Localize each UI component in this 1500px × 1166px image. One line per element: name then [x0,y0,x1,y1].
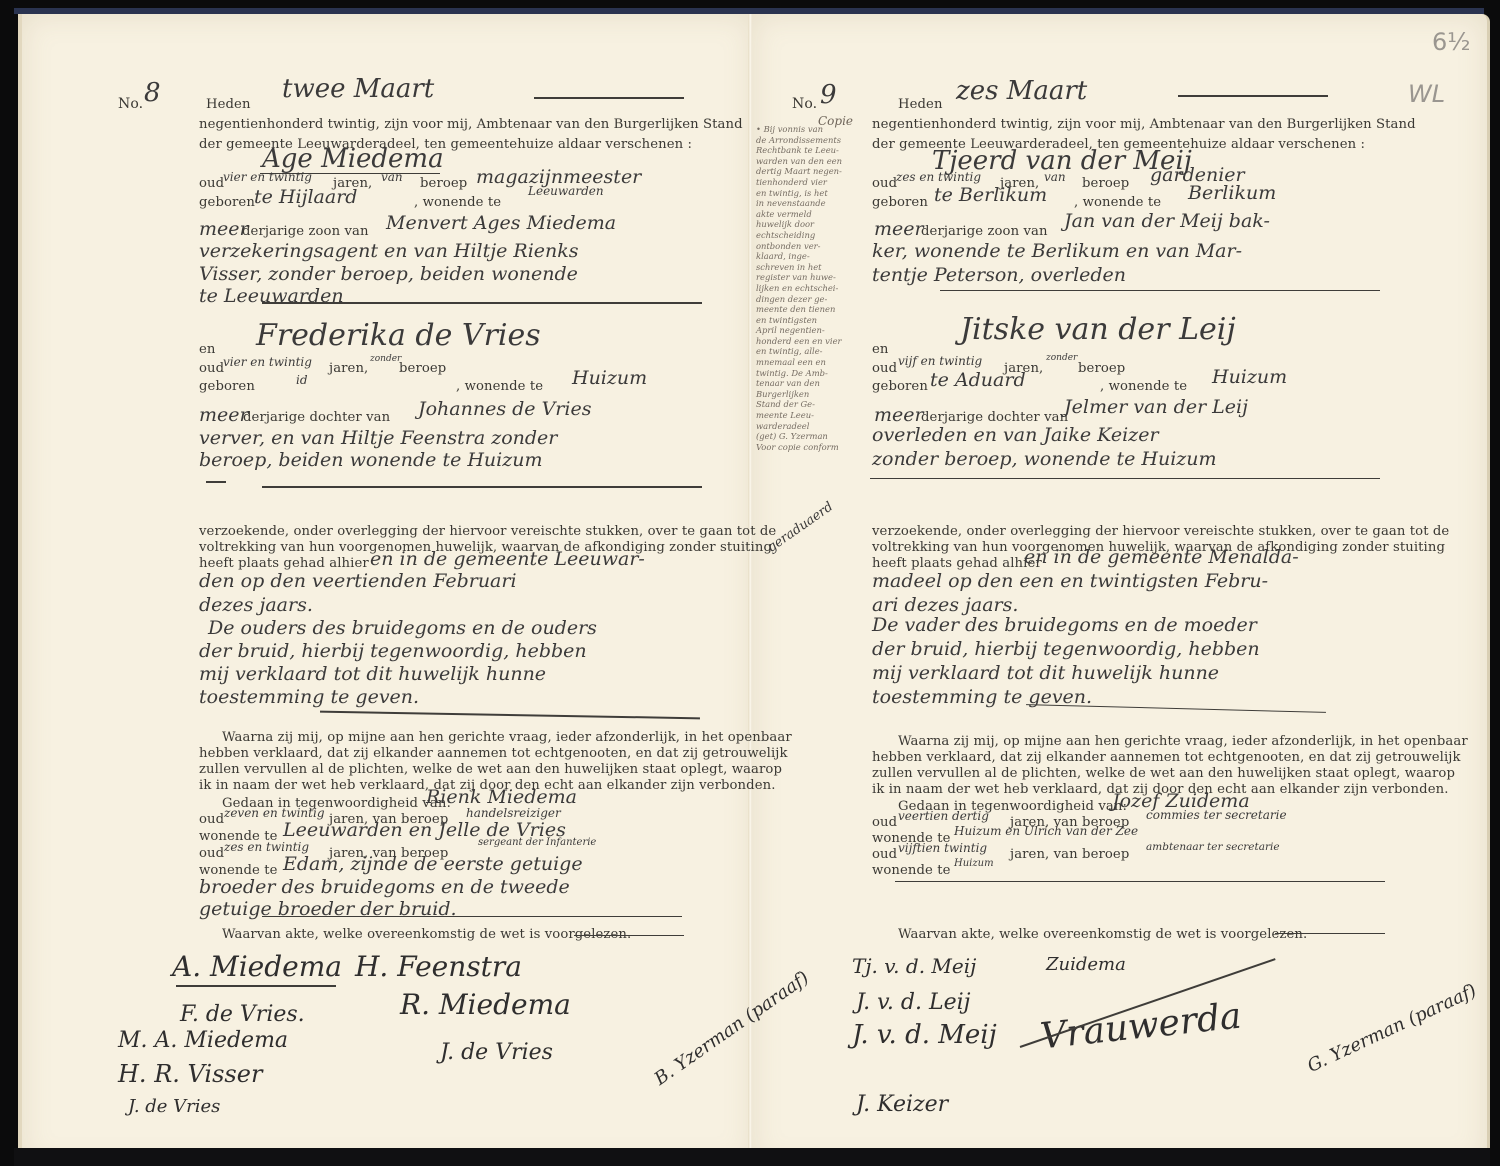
meer-hand: meer [874,404,924,426]
intro-line-1: negentienhonderd twintig, zijn voor mij,… [872,117,1416,132]
oud-label: oud [872,176,897,191]
signature: R. Miedema [400,988,571,1021]
margin-note-line: ontbonden ver- [756,241,878,252]
record-number: 9 [820,80,837,110]
witness2-occupation: ambtenaar ter secretarie [1146,841,1280,853]
request-line-3: heeft plaats gehad alhier [199,556,369,571]
daughter-of-label: derjarige dochter van [243,410,390,425]
groom-parents-1: Jan van der Meij bak- [1064,210,1270,232]
proclamation-5: der bruid, hierbij tegenwoordig, hebben [872,638,1260,660]
request-line-3: heeft plaats gehad alhier [872,556,1042,571]
intro-line-1: negentienhonderd twintig, zijn voor mij,… [199,117,743,132]
fill-line [1275,933,1385,934]
wonende-label: , wonende te [1100,379,1187,394]
jaren-label: jaren, [329,361,368,376]
margin-note-line: Rechtbank te Leeu- [756,145,878,156]
zonder-hand: zonder [370,354,401,364]
en-label: en [199,342,216,357]
fill-line [574,935,684,936]
margin-note-line: huwelijk door [756,219,878,230]
section-rule [940,290,1380,291]
groom-parents-2: verzekeringsagent en van Hiltje Rienks [199,240,579,262]
proclamation-5: der bruid, hierbij tegenwoordig, hebben [199,640,587,662]
signature: J. de Vries [440,1040,553,1065]
groom-age: vier en twintig [223,170,312,184]
fill-line [1178,95,1328,97]
heden-label: Heden [898,97,943,112]
proclamation-4: De ouders des bruidegoms en de ouders [208,617,597,639]
section-rule [870,478,1380,479]
witness1-occupation: handelsreiziger [466,806,561,820]
witness-note-1: broeder des bruidegoms en de tweede [199,876,570,898]
witness2-residence: Edam, zijnde de eerste getuige [283,853,583,875]
oud-label: oud [199,846,224,861]
groom-parents-1: Menvert Ages Miedema [386,212,616,234]
heden-label: Heden [206,97,251,112]
geboren-label: geboren [199,379,255,394]
bride-age: vier en twintig [223,355,312,369]
margin-note-line: lijken en echtschei- [756,283,878,294]
margin-note-line: Voor copie conform [756,442,878,453]
oud-label: oud [199,361,224,376]
bride-parents-3: zonder beroep, wonende te Huizum [872,448,1217,470]
margin-note-line: mnemaal een en [756,357,878,368]
meer-hand: meer [199,404,249,426]
margin-note-line: schreven in het [756,262,878,273]
son-of-label: derjarige zoon van [242,224,369,239]
beroep-label: beroep [420,176,467,191]
signature: J. v. d. Meij [852,1020,997,1050]
groom-birthplace: te Hijlaard [254,186,357,208]
geboren-label: geboren [199,195,255,210]
proclamation-3: ari dezes jaars. [872,594,1018,616]
witness2-residence: Huizum [954,858,994,869]
margin-note-line: tienhonderd vier [756,177,878,188]
margin-note-line: dingen dezer ge- [756,294,878,305]
margin-note-line: en twintig, alle- [756,346,878,357]
record-number-label: No. [792,96,817,112]
margin-note-line: • Bij vonnis van [756,124,878,135]
margin-note-line: in nevenstaande [756,198,878,209]
witness1-name: Rienk Miedema [426,786,577,808]
daughter-of-label: derjarige dochter van [921,410,1068,425]
witness2-occupation: sergeant der Infanterie [478,837,596,848]
witness1-occupation: commies ter secretarie [1146,808,1287,822]
request-line-1: verzoekende, onder overlegging der hierv… [199,524,776,539]
signature: A. Miedema [172,950,342,983]
beroep-label: beroep [399,361,446,376]
groom-parents-3: tentje Peterson, overleden [872,264,1126,286]
bride-parents-3: beroep, beiden wonende te Huizum [199,449,543,471]
bride-parents-2: verver, en van Hiltje Feenstra zonder [199,427,557,449]
margin-note-line: de Arrondissements [756,135,878,146]
record-number: 8 [144,78,161,108]
record-number-label: No. [118,96,143,112]
dash [206,481,226,483]
margin-note-line: register van huwe- [756,272,878,283]
oud-label: oud [199,812,224,827]
groom-parents-2: ker, wonende te Berlikum en van Mar- [872,240,1242,262]
signature: J. Keizer [856,1092,948,1117]
witness1-age: veertien dertig [898,809,989,823]
margin-note-line: en twintig, is het [756,188,878,199]
wonende-label: , wonende te [456,379,543,394]
margin-note-line: warderadeel [756,421,878,432]
proclamation-6: mij verklaard tot dit huwelijk hunne [199,663,546,685]
witness2-age: vijftien twintig [898,841,987,855]
groom-residence: Berlikum [1188,182,1276,204]
pencil-initials: WL [1408,80,1445,108]
geboren-label: geboren [872,195,928,210]
vows-line-1: Waarna zij mij, op mijne aan hen gericht… [222,730,792,745]
margin-note-line: meente Leeu- [756,410,878,421]
wonende-label: , wonende te [1074,195,1161,210]
closing-text: Waarvan akte, welke overeenkomstig de we… [898,927,1307,942]
section-rule [262,486,702,488]
son-of-label: derjarige zoon van [921,224,1048,239]
proclamation-6: mij verklaard tot dit huwelijk hunne [872,662,1219,684]
van-hand: van [381,170,403,184]
margin-annotation-divorce: • Bij vonnis van de Arrondissements Rech… [756,124,878,452]
margin-note-line: tenaar van den [756,378,878,389]
proclamation-4: De vader des bruidegoms en de moeder [872,614,1257,636]
section-rule [262,916,682,917]
bride-name: Jitske van der Leij [960,312,1236,347]
wonende-label: wonende te [872,863,951,878]
geboren-label: geboren [872,379,928,394]
fill-line [534,97,684,99]
beroep-label: beroep [1082,176,1129,191]
beroep-label: beroep [1078,361,1125,376]
margin-note-line: twintig. De Amb- [756,368,878,379]
margin-note-line: klaard, inge- [756,251,878,262]
bride-parents-1: Johannes de Vries [418,398,591,420]
proclamation-2: den op den veertienden Februari [199,570,517,592]
margin-note-line: dertig Maart negen- [756,166,878,177]
en-label: en [872,342,889,357]
bride-birthplace: te Aduard [930,369,1026,391]
margin-note-line: April negentien- [756,325,878,336]
proclamation-3: dezes jaars. [199,594,313,616]
margin-note-line: (get) G. Yzerman [756,431,878,442]
bride-residence: Huizum [1212,366,1287,388]
date-handwritten: twee Maart [282,74,434,104]
groom-parents-4: te Leeuwarden [199,285,344,307]
margin-note-line: honderd een en vier [756,336,878,347]
signature: F. de Vries. [180,1002,305,1027]
margin-note-line: meente den tienen [756,304,878,315]
groom-residence: Leeuwarden [528,184,604,198]
vows-line-1: Waarna zij mij, op mijne aan hen gericht… [898,734,1468,749]
date-handwritten: zes Maart [956,76,1087,106]
proclamation-1: en in de gemeente Leeuwar- [370,548,645,570]
bride-parents-2: overleden en van Jaike Keizer [872,424,1159,446]
proclamation-2: madeel op den een en twintigsten Febru- [872,570,1268,592]
proclamation-7: toestemming te geven. [199,686,419,708]
groom-birthplace: te Berlikum [934,184,1047,206]
groom-age: zes en twintig [896,170,981,184]
van-hand: van [1044,170,1066,184]
witness1-age: zeven en twintig [224,806,325,820]
oud-label: oud [872,847,897,862]
margin-note-line: akte vermeld [756,209,878,220]
signature: H. Feenstra [355,950,522,983]
signature: M. A. Miedema [118,1028,288,1053]
bride-residence: Huizum [572,367,647,389]
oud-label: oud [872,361,897,376]
signature: J. v. d. Leij [856,990,970,1015]
margin-note-line: warden van den een [756,156,878,167]
proclamation-1: en in de gemeente Menalda- [1024,546,1299,568]
groom-parents-3: Visser, zonder beroep, beiden wonende [199,263,578,285]
signature: Zuidema [1046,954,1126,975]
bride-name: Frederika de Vries [256,318,541,353]
margin-note-line: en twintigsten [756,315,878,326]
vows-line-3: zullen vervullen al de plichten, welke d… [872,766,1455,781]
bride-parents-1: Jelmer van der Leij [1064,396,1248,418]
vows-line-3: zullen vervullen al de plichten, welke d… [199,762,782,777]
bride-age: vijf en twintig [898,354,982,368]
vows-line-2: hebben verklaard, dat zij elkander aanne… [199,746,788,761]
section-rule [262,302,702,304]
bride-birthplace: id [296,373,308,387]
signature: H. R. Visser [118,1060,262,1088]
witness2-age: zes en twintig [224,840,309,854]
zonder-hand: zonder [1046,353,1077,363]
jaren-van-beroep-label: jaren, van beroep [1010,847,1129,862]
oud-label: oud [199,176,224,191]
section-rule [895,881,1385,882]
page-number-pencil: 6½ [1432,28,1471,56]
margin-note-line: Burgerlijken [756,389,878,400]
wonende-label: , wonende te [414,195,501,210]
vows-line-2: hebben verklaard, dat zij elkander aanne… [872,750,1461,765]
request-line-1: verzoekende, onder overlegging der hierv… [872,524,1449,539]
closing-text: Waarvan akte, welke overeenkomstig de we… [222,927,631,942]
oud-label: oud [872,815,897,830]
witness1-residence: Huizum en Ulrich van der Zee [954,824,1138,838]
signature-underline [176,985,336,987]
signature: J. de Vries [128,1096,220,1117]
book-bottom-edge [14,1148,1490,1166]
margin-note-line: Stand der Ge- [756,399,878,410]
signature: Tj. v. d. Meij [852,954,976,978]
meer-hand: meer [874,218,924,240]
margin-note-line: echtscheiding [756,230,878,241]
